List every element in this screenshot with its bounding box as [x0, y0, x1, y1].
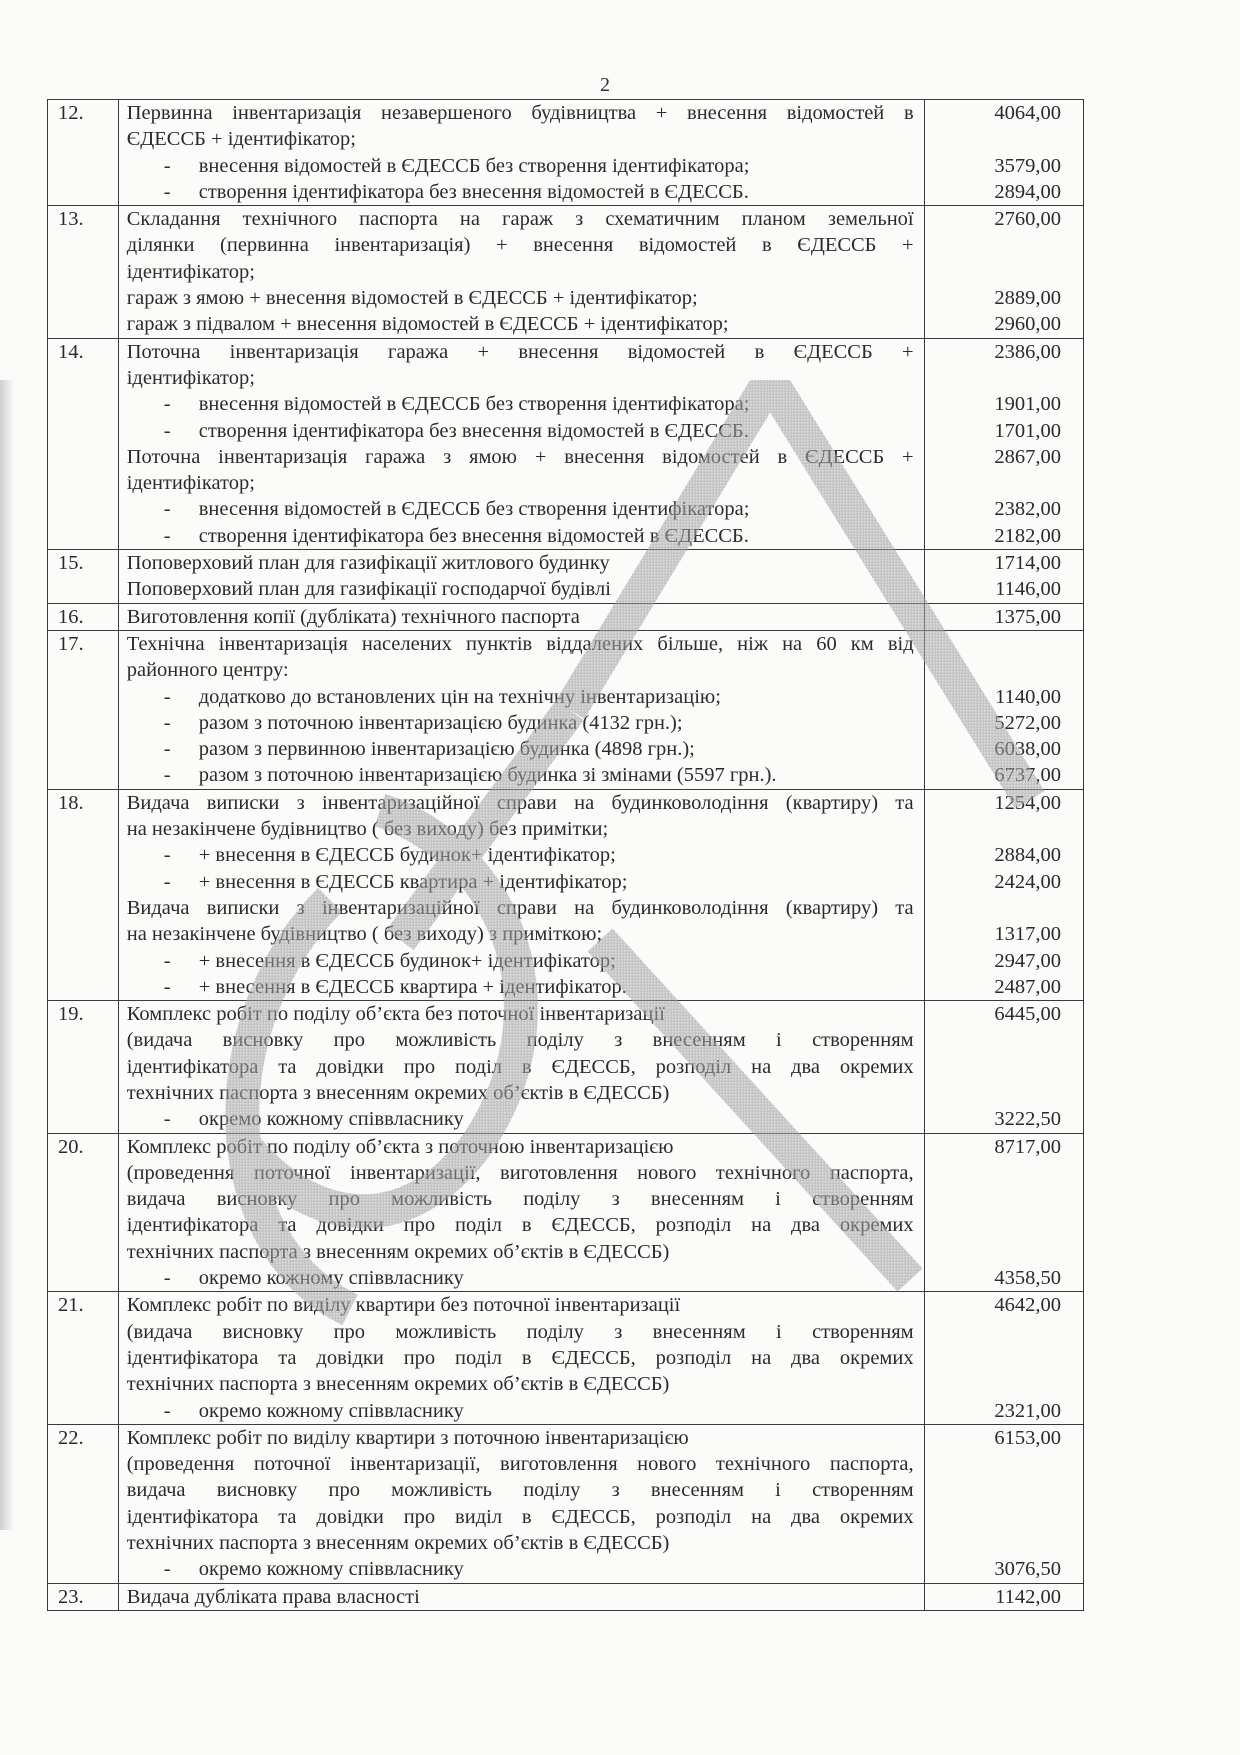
price-value: 2321,00 [925, 1398, 1061, 1424]
price-value: 2867,00 [925, 444, 1061, 470]
sub-item: -окремо кожному співвласнику [127, 1556, 914, 1582]
table-row: 14.Поточна інвентаризація гаража + внесе… [48, 338, 1084, 549]
description-line: ЄДЕССБ + ідентифікатор; [127, 126, 914, 152]
service-price: 6445,003222,50 [924, 1001, 1083, 1133]
table-row: 21.Комплекс робіт по виділу квартири без… [48, 1292, 1084, 1424]
list-dash: - [164, 1106, 199, 1132]
description-line: Комплекс робіт по поділу об’єкта без пот… [127, 1001, 914, 1027]
sub-item: -створення ідентифікатора без внесення в… [127, 418, 914, 444]
service-price: 1714,001146,00 [924, 550, 1083, 604]
sub-item: -створення ідентифікатора без внесення в… [127, 179, 914, 205]
price-value: 1142,00 [925, 1584, 1061, 1610]
description-line: районного центру: [127, 657, 914, 683]
price-value: 4064,00 [925, 100, 1061, 126]
list-dash: - [164, 684, 199, 710]
description-line: Комплекс робіт по поділу об’єкта з поточ… [127, 1134, 914, 1160]
table-row: 15.Поповерховий план для газифікації жит… [48, 550, 1084, 604]
sub-item-text: разом з первинною інвентаризацією будинк… [199, 738, 695, 760]
list-dash: - [164, 179, 199, 205]
service-description: Комплекс робіт по виділу квартири без по… [118, 1292, 924, 1424]
row-number: 19. [48, 1001, 119, 1133]
price-value [925, 1504, 1061, 1530]
sub-item: -разом з поточною інвентаризацією будинк… [127, 710, 914, 736]
sub-item-text: створення ідентифікатора без внесення ві… [199, 181, 749, 203]
price-value: 5272,00 [925, 710, 1061, 736]
price-value [925, 657, 1061, 683]
description-line: технічних паспорта з внесенням окремих о… [127, 1080, 914, 1106]
price-value [925, 1239, 1061, 1265]
description-line: технічних паспорта з внесенням окремих о… [127, 1530, 914, 1556]
price-value [925, 1080, 1061, 1106]
row-number: 14. [48, 338, 119, 549]
list-dash: - [164, 736, 199, 762]
price-value: 1317,00 [925, 921, 1061, 947]
price-table-body: 12.Первинна інвентаризація незавершеного… [48, 100, 1084, 1611]
sub-item-text: + внесення в ЄДЕССБ будинок+ ідентифікат… [199, 950, 616, 972]
price-value: 3579,00 [925, 153, 1061, 179]
price-value [925, 895, 1061, 921]
service-price: 1254,002884,002424,001317,002947,002487,… [924, 789, 1083, 1000]
list-dash: - [164, 1265, 199, 1291]
service-price: 4064,003579,002894,00 [924, 100, 1083, 206]
price-value: 8717,00 [925, 1134, 1061, 1160]
price-value: 6038,00 [925, 736, 1061, 762]
price-value [925, 631, 1061, 657]
service-price: 1375,00 [924, 603, 1083, 630]
description-line: ділянки (первинна інвентаризація) + внес… [127, 232, 914, 258]
list-dash: - [164, 842, 199, 868]
price-value [925, 1160, 1061, 1186]
row-number: 21. [48, 1292, 119, 1424]
price-value [925, 365, 1061, 391]
sub-item: -окремо кожному співвласнику [127, 1398, 914, 1424]
price-value: 2386,00 [925, 339, 1061, 365]
sub-item-text: + внесення в ЄДЕССБ квартира + ідентифік… [199, 871, 628, 893]
description-line: (видача висновку про можливість поділу з… [127, 1027, 914, 1053]
description-line: ідентифікатора та довідки про виділ в ЄД… [127, 1504, 914, 1530]
list-dash: - [164, 710, 199, 736]
service-description: Технічна інвентаризація населених пункті… [118, 630, 924, 789]
row-number: 16. [48, 603, 119, 630]
list-dash: - [164, 1398, 199, 1424]
description-line: (проведення поточної інвентаризації, виг… [127, 1451, 914, 1477]
list-dash: - [164, 1556, 199, 1582]
sub-item: -додатково до встановлених цін на техніч… [127, 684, 914, 710]
sub-item-text: створення ідентифікатора без внесення ві… [199, 420, 749, 442]
price-value [925, 1212, 1061, 1238]
price-value [925, 1319, 1061, 1345]
price-value [925, 1345, 1061, 1371]
sub-item: -разом з поточною інвентаризацією будинк… [127, 762, 914, 788]
description-line: на незакінчене будівництво ( без виходу)… [127, 816, 914, 842]
price-value [925, 259, 1061, 285]
description-line: (видача висновку про можливість поділу з… [127, 1319, 914, 1345]
description-line: Поповерховий план для газифікації господ… [127, 576, 914, 602]
description-line: ідентифікатор; [127, 365, 914, 391]
sub-item-text: разом з поточною інвентаризацією будинка… [199, 712, 683, 734]
price-value [925, 1186, 1061, 1212]
sub-item: -внесення відомостей в ЄДЕССБ без створе… [127, 496, 914, 522]
list-dash: - [164, 153, 199, 179]
sub-item-text: створення ідентифікатора без внесення ві… [199, 525, 749, 547]
row-number: 15. [48, 550, 119, 604]
price-value [925, 1451, 1061, 1477]
description-line: Первинна інвентаризація незавершеного бу… [127, 100, 914, 126]
table-row: 18.Видача виписки з інвентаризаційної сп… [48, 789, 1084, 1000]
price-value [925, 470, 1061, 496]
sub-item: -окремо кожному співвласнику [127, 1265, 914, 1291]
sub-item-text: разом з поточною інвентаризацією будинка… [199, 764, 777, 786]
sub-item-text: + внесення в ЄДЕССБ квартира + ідентифік… [199, 976, 627, 998]
description-line: Поповерховий план для газифікації житлов… [127, 550, 914, 576]
sub-item: -окремо кожному співвласнику [127, 1106, 914, 1132]
row-number: 18. [48, 789, 119, 1000]
price-value: 2947,00 [925, 948, 1061, 974]
description-line: технічних паспорта з внесенням окремих о… [127, 1239, 914, 1265]
description-line: ідентифікатор; [127, 470, 914, 496]
list-dash: - [164, 418, 199, 444]
price-value [925, 232, 1061, 258]
sub-item: -+ внесення в ЄДЕССБ квартира + ідентифі… [127, 869, 914, 895]
sub-item-text: окремо кожному співвласнику [199, 1400, 464, 1422]
table-row: 22.Комплекс робіт по виділу квартири з п… [48, 1424, 1084, 1583]
sub-item-text: + внесення в ЄДЕССБ будинок+ ідентифікат… [199, 844, 616, 866]
price-value [925, 1027, 1061, 1053]
description-line: Технічна інвентаризація населених пункті… [127, 631, 914, 657]
table-row: 20.Комплекс робіт по поділу об’єкта з по… [48, 1133, 1084, 1292]
price-value: 1714,00 [925, 550, 1061, 576]
list-dash: - [164, 523, 199, 549]
table-row: 13.Складання технічного паспорта на гара… [48, 206, 1084, 338]
sub-item: -внесення відомостей в ЄДЕССБ без створе… [127, 391, 914, 417]
list-dash: - [164, 762, 199, 788]
service-description: Первинна інвентаризація незавершеного бу… [118, 100, 924, 206]
service-price: 1140,005272,006038,006737,00 [924, 630, 1083, 789]
price-value: 3076,50 [925, 1556, 1061, 1582]
description-line: Видача виписки з інвентаризаційної справ… [127, 895, 914, 921]
price-value [925, 1054, 1061, 1080]
row-number: 12. [48, 100, 119, 206]
price-value: 4358,50 [925, 1265, 1061, 1291]
description-line: видача висновку про можливість поділу з … [127, 1477, 914, 1503]
price-value: 2182,00 [925, 523, 1061, 549]
table-row: 19.Комплекс робіт по поділу об’єкта без … [48, 1001, 1084, 1133]
service-description: Складання технічного паспорта на гараж з… [118, 206, 924, 338]
price-value [925, 1530, 1061, 1556]
service-price: 2386,001901,001701,002867,002382,002182,… [924, 338, 1083, 549]
description-line: Видача виписки з інвентаризаційної справ… [127, 790, 914, 816]
row-number: 23. [48, 1583, 119, 1610]
description-line: на незакінчене будівництво ( без виходу)… [127, 921, 914, 947]
row-number: 20. [48, 1133, 119, 1292]
description-line: Видача дубліката права власності [127, 1584, 914, 1610]
price-value: 3222,50 [925, 1106, 1061, 1132]
description-line: технічних паспорта з внесенням окремих о… [127, 1371, 914, 1397]
price-value: 2960,00 [925, 311, 1061, 337]
sub-item-text: внесення відомостей в ЄДЕССБ без створен… [199, 155, 750, 177]
description-line: гараж з підвалом + внесення відомостей в… [127, 311, 914, 337]
price-value [925, 1477, 1061, 1503]
service-description: Комплекс робіт по поділу об’єкта з поточ… [118, 1133, 924, 1292]
list-dash: - [164, 496, 199, 522]
service-description: Комплекс робіт по поділу об’єкта без пот… [118, 1001, 924, 1133]
service-description: Видача дубліката права власності [118, 1583, 924, 1610]
service-price: 6153,003076,50 [924, 1424, 1083, 1583]
list-dash: - [164, 391, 199, 417]
table-row: 17.Технічна інвентаризація населених пун… [48, 630, 1084, 789]
row-number: 17. [48, 630, 119, 789]
price-value: 6445,00 [925, 1001, 1061, 1027]
row-number: 13. [48, 206, 119, 338]
sub-item: -внесення відомостей в ЄДЕССБ без створе… [127, 153, 914, 179]
document-page: 2 12.Первинна інвентаризація незавершено… [0, 0, 1240, 1755]
page-number: 2 [600, 74, 610, 97]
price-value [925, 1371, 1061, 1397]
sub-item-text: окремо кожному співвласнику [199, 1558, 464, 1580]
price-table: 12.Первинна інвентаризація незавершеного… [47, 99, 1084, 1611]
description-line: Комплекс робіт по виділу квартири з пото… [127, 1425, 914, 1451]
price-value: 6737,00 [925, 762, 1061, 788]
sub-item: -+ внесення в ЄДЕССБ квартира + ідентифі… [127, 974, 914, 1000]
service-description: Поповерховий план для газифікації житлов… [118, 550, 924, 604]
price-value: 2487,00 [925, 974, 1061, 1000]
price-value: 4642,00 [925, 1292, 1061, 1318]
service-description: Виготовлення копії (дубліката) технічног… [118, 603, 924, 630]
sub-item-text: додатково до встановлених цін на технічн… [199, 686, 721, 708]
sub-item: -разом з первинною інвентаризацією будин… [127, 736, 914, 762]
table-row: 16.Виготовлення копії (дубліката) техніч… [48, 603, 1084, 630]
description-line: (проведення поточної інвентаризації, виг… [127, 1160, 914, 1186]
price-value: 2894,00 [925, 179, 1061, 205]
service-description: Комплекс робіт по виділу квартири з пото… [118, 1424, 924, 1583]
sub-item-text: окремо кожному співвласнику [199, 1108, 464, 1130]
price-value: 2884,00 [925, 842, 1061, 868]
description-line: ідентифікатора та довідки про поділ в ЄД… [127, 1345, 914, 1371]
price-value: 6153,00 [925, 1425, 1061, 1451]
list-dash: - [164, 869, 199, 895]
service-price: 1142,00 [924, 1583, 1083, 1610]
service-description: Поточна інвентаризація гаража + внесення… [118, 338, 924, 549]
scan-edge-shadow [0, 380, 14, 1530]
price-value: 2760,00 [925, 206, 1061, 232]
price-value: 2424,00 [925, 869, 1061, 895]
service-price: 4642,002321,00 [924, 1292, 1083, 1424]
service-price: 8717,004358,50 [924, 1133, 1083, 1292]
list-dash: - [164, 974, 199, 1000]
price-value: 1701,00 [925, 418, 1061, 444]
list-dash: - [164, 948, 199, 974]
table-row: 23.Видача дубліката права власності1142,… [48, 1583, 1084, 1610]
price-value: 1254,00 [925, 790, 1061, 816]
description-line: ідентифікатора та довідки про поділ в ЄД… [127, 1054, 914, 1080]
price-value: 1146,00 [925, 576, 1061, 602]
service-description: Видача виписки з інвентаризаційної справ… [118, 789, 924, 1000]
sub-item: -створення ідентифікатора без внесення в… [127, 523, 914, 549]
sub-item-text: внесення відомостей в ЄДЕССБ без створен… [199, 393, 750, 415]
sub-item-text: окремо кожному співвласнику [199, 1267, 464, 1289]
description-line: ідентифікатор; [127, 259, 914, 285]
description-line: гараж з ямою + внесення відомостей в ЄДЕ… [127, 285, 914, 311]
description-line: Поточна інвентаризація гаража з ямою + в… [127, 444, 914, 470]
price-value: 2889,00 [925, 285, 1061, 311]
sub-item: -+ внесення в ЄДЕССБ будинок+ ідентифіка… [127, 842, 914, 868]
price-value [925, 816, 1061, 842]
service-price: 2760,002889,002960,00 [924, 206, 1083, 338]
table-row: 12.Первинна інвентаризація незавершеного… [48, 100, 1084, 206]
description-line: Комплекс робіт по виділу квартири без по… [127, 1292, 914, 1318]
description-line: Складання технічного паспорта на гараж з… [127, 206, 914, 232]
description-line: Виготовлення копії (дубліката) технічног… [127, 604, 914, 630]
sub-item: -+ внесення в ЄДЕССБ будинок+ ідентифіка… [127, 948, 914, 974]
description-line: видача висновку про можливість поділу з … [127, 1186, 914, 1212]
price-value: 1901,00 [925, 391, 1061, 417]
description-line: ідентифікатора та довідки про поділ в ЄД… [127, 1212, 914, 1238]
price-value: 2382,00 [925, 496, 1061, 522]
sub-item-text: внесення відомостей в ЄДЕССБ без створен… [199, 498, 750, 520]
description-line: Поточна інвентаризація гаража + внесення… [127, 339, 914, 365]
price-value: 1140,00 [925, 684, 1061, 710]
price-value [925, 126, 1061, 152]
row-number: 22. [48, 1424, 119, 1583]
price-value: 1375,00 [925, 604, 1061, 630]
